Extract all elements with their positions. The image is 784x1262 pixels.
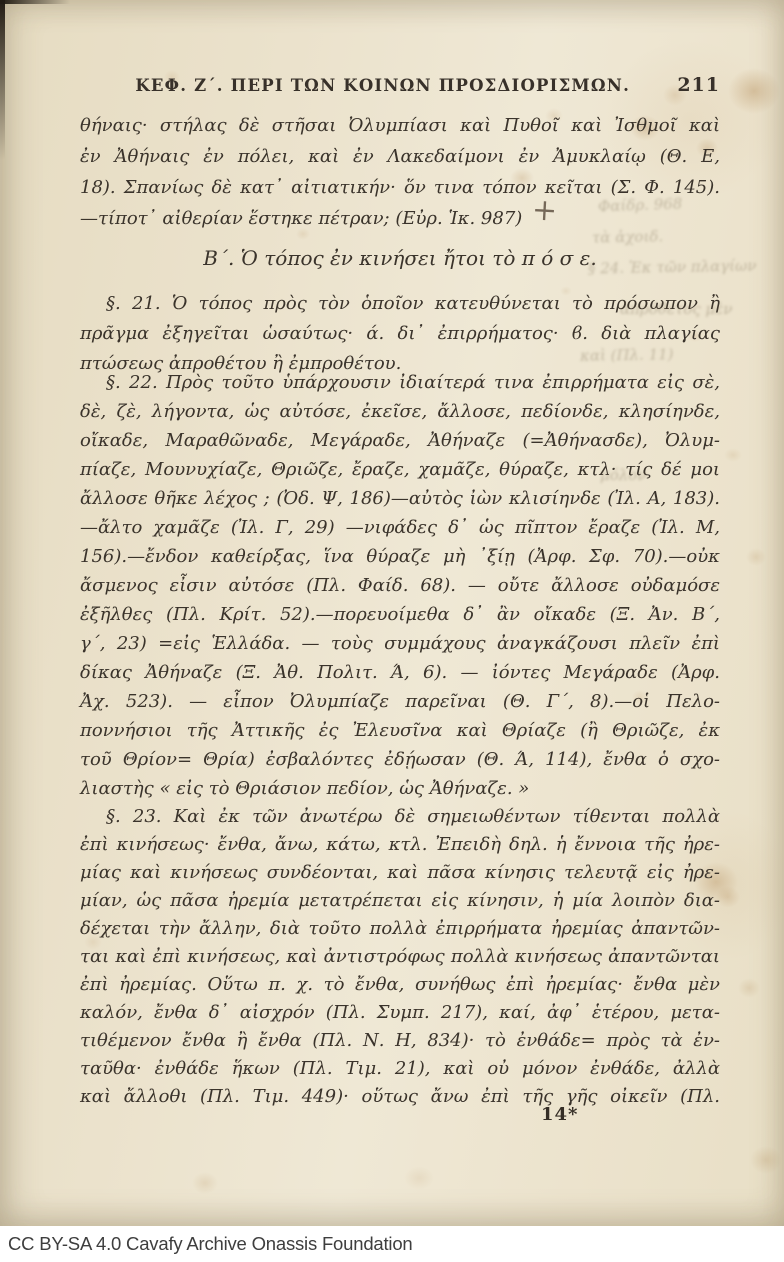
text-line: ἐν Ἀθήναις ἐν πόλει, καὶ ἐν Λακεδαίμονι … [80,141,720,172]
running-header: ΚΕΦ. Ζ΄. ΠΕΡΙ ΤΩΝ ΚΟΙΝΩΝ ΠΡΟΣΔΙΟΡΙΣΜΩΝ. … [80,74,720,96]
bleedthrough-text: μόλον [600,466,646,484]
text-line: ται καὶ ἐπὶ κινήσεως, καὶ ἀντιστρόφως πο… [80,943,720,971]
text-line: μίαν, ὡς πᾶσα ἠρεμία μετατρέπεται εἰς κί… [80,887,720,915]
text-line: δὲ, ζὲ, λήγοντα, ὡς αὐτόσε, ἐκεῖσε, ἄλλο… [80,397,720,426]
handwritten-cross-mark: + [531,192,558,228]
text-line: καλόν, ἔνθα δ᾽ αἰσχρόν (Πλ. Συμπ. 217), … [80,999,720,1027]
screenshot-root: ΚΕΦ. Ζ΄. ΠΕΡΙ ΤΩΝ ΚΟΙΝΩΝ ΠΡΟΣΔΙΟΡΙΣΜΩΝ. … [0,0,784,1262]
text-line: Ἀχ. 523). — εἶπον Ὀλυμπίαζε παρεῖναι (Θ.… [80,687,720,716]
book-page-scan: ΚΕΦ. Ζ΄. ΠΕΡΙ ΤΩΝ ΚΟΙΝΩΝ ΠΡΟΣΔΙΟΡΙΣΜΩΝ. … [0,0,784,1226]
text-line: δέχεται τὴν ἄλλην, διὰ τοῦτο πολλὰ ἐπιρρ… [80,915,720,943]
text-line: ἐξῆλθες (Πλ. Κρίτ. 52).—πορευοίμεθα δ᾽ ἂ… [80,600,720,629]
bleedthrough-text: ἀπρόθετος μὲν [620,300,732,318]
paragraph: θήναις· στήλας δὲ στῆσαι Ὀλυμπίασι καὶ Π… [80,110,720,234]
scan-edge-shadow-left [0,0,5,160]
text-line: οἴκαδε, Μαραθῶναδε, Μεγάραδε, Ἀθήναζε (=… [80,426,720,455]
text-line: ἐπὶ ἠρεμίας. Οὕτω π. χ. τὸ ἔνθα, συνήθως… [80,971,720,999]
license-bar: CC BY-SA 4.0 Cavafy Archive Onassis Foun… [0,1226,784,1262]
bleedthrough-text: τὰ ἀχοιδ. [592,227,663,246]
text-line: τοῦ Θρίον= Θρία) ἐσβαλόντες ἐδῄωσαν (Θ. … [80,745,720,774]
text-line: τιθέμενον ἔνθα ἢ ἔνθα (Πλ. Ν. Η, 834)· τ… [80,1027,720,1055]
chapter-title: ΚΕΦ. Ζ΄. ΠΕΡΙ ΤΩΝ ΚΟΙΝΩΝ ΠΡΟΣΔΙΟΡΙΣΜΩΝ. [80,76,659,95]
text-line: ποννήσιοι τῆς Ἀττικῆς ἐς Ἐλευσῖνα καὶ Θρ… [80,716,720,745]
text-line: καὶ ἄλλοθι (Πλ. Τιμ. 449)· οὕτως ἄνω ἐπὶ… [80,1083,720,1111]
bleedthrough-text: καὶ (Πλ. 11) [580,345,674,365]
text-line: —ἄλτο χαμᾶζε (Ἰλ. Γ, 29) —νιφάδες δ᾽ ὡς … [80,513,720,542]
paragraph: §. 23. Καὶ ἐκ τῶν ἀνωτέρω δὲ σημειωθέντω… [80,803,720,1111]
text-line: δίκας Ἀθήναζε (Ξ. Ἀθ. Πολιτ. Ά, 6). — ἰό… [80,658,720,687]
text-line: γ´, 23) =εἰς Ἑλλάδα. — τοὺς συμμάχους ἀν… [80,629,720,658]
text-line: §. 23. Καὶ ἐκ τῶν ἀνωτέρω δὲ σημειωθέντω… [80,803,720,831]
text-line: §. 22. Πρὸς τοῦτο ὑπάρχουσιν ἰδιαίτερά τ… [80,368,720,397]
text-line: ταῦθα· ἐνθάδε ἥκων (Πλ. Τιμ. 21), καὶ οὐ… [80,1055,720,1083]
text-line: μίας καὶ κινήσεως συνδέονται, καὶ πᾶσα κ… [80,859,720,887]
text-line: 156).—ἔνδον καθείρξας, ἵνα θύραζε μὴ ᾽ξί… [80,542,720,571]
text-line: ἄσμενος εἶσιν αὐτόσε (Πλ. Φαίδ. 68). — ο… [80,571,720,600]
bleedthrough-text: § 24. Ἐκ τῶν πλαγίων [588,257,757,278]
scan-edge-shadow-top [0,0,70,4]
text-line: πρᾶγμα ἐξηγεῖται ὡσαύτως· ά. δι᾽ ἐπιρρήμ… [80,319,720,349]
bleedthrough-text: Φαίδρ. 968 [598,195,683,216]
paragraph: §. 22. Πρὸς τοῦτο ὑπάρχουσιν ἰδιαίτερά τ… [80,368,720,803]
text-line: ἐπὶ κινήσεως· ἔνθα, ἄνω, κάτω, κτλ. Ἐπει… [80,831,720,859]
page-number: 211 [677,74,720,96]
license-text: CC BY-SA 4.0 Cavafy Archive Onassis Foun… [0,1233,413,1255]
text-line: λιαστὴς « εἰς τὸ Θριάσιον πεδίον, ὡς Ἀθή… [80,774,720,803]
signature-mark: 14* [541,1104,578,1125]
text-line: θήναις· στήλας δὲ στῆσαι Ὀλυμπίασι καὶ Π… [80,110,720,141]
text-line: ἄλλοσε θῆκε λέχος ; (Ὀδ. Ψ, 186)—αὐτὸς ἰ… [80,484,720,513]
